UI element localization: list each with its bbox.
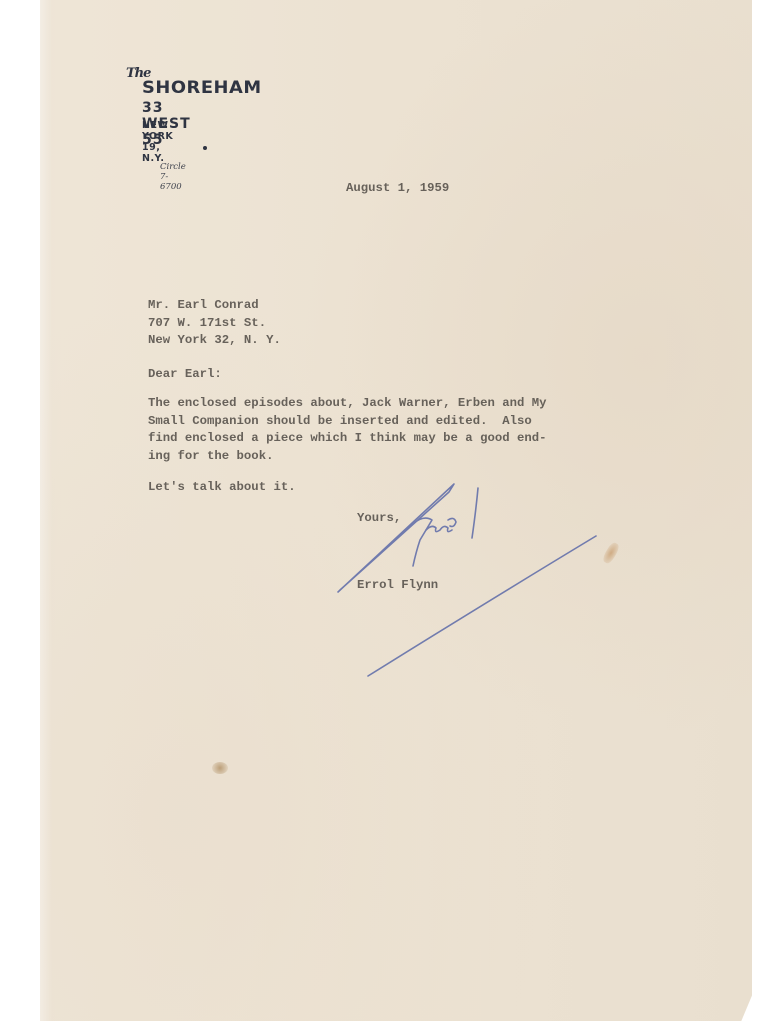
recipient-line: Mr. Earl Conrad: [148, 297, 281, 315]
letter-date: August 1, 1959: [346, 180, 449, 198]
body-line: ing for the book.: [148, 448, 546, 466]
letterhead-hotel-name: SHOREHAM: [142, 78, 262, 98]
paper-edge-shading: [40, 0, 52, 1021]
letter-paper: The SHOREHAM 33 WEST 55 NEW YORK 19, N.Y…: [40, 0, 752, 1021]
signature-name: Errol Flynn: [357, 577, 438, 595]
body-line: find enclosed a piece which I think may …: [148, 430, 546, 448]
letterhead-city: NEW YORK 19, N.Y.: [142, 120, 173, 164]
letterhead-bullet-icon: [203, 146, 207, 150]
recipient-line: 707 W. 171st St.: [148, 315, 281, 333]
recipient-line: New York 32, N. Y.: [148, 332, 281, 350]
recipient-address: Mr. Earl Conrad707 W. 171st St.New York …: [148, 297, 281, 350]
closing-remark: Let's talk about it.: [148, 479, 296, 497]
paper-stain: [601, 541, 621, 565]
valediction: Yours,: [357, 510, 401, 528]
salutation: Dear Earl:: [148, 366, 222, 384]
body-line: Small Companion should be inserted and e…: [148, 413, 546, 431]
letter-body: The enclosed episodes about, Jack Warner…: [148, 395, 546, 465]
letterhead-phone: Circle 7-6700: [160, 162, 186, 192]
body-line: The enclosed episodes about, Jack Warner…: [148, 395, 546, 413]
paper-stain: [212, 762, 228, 774]
